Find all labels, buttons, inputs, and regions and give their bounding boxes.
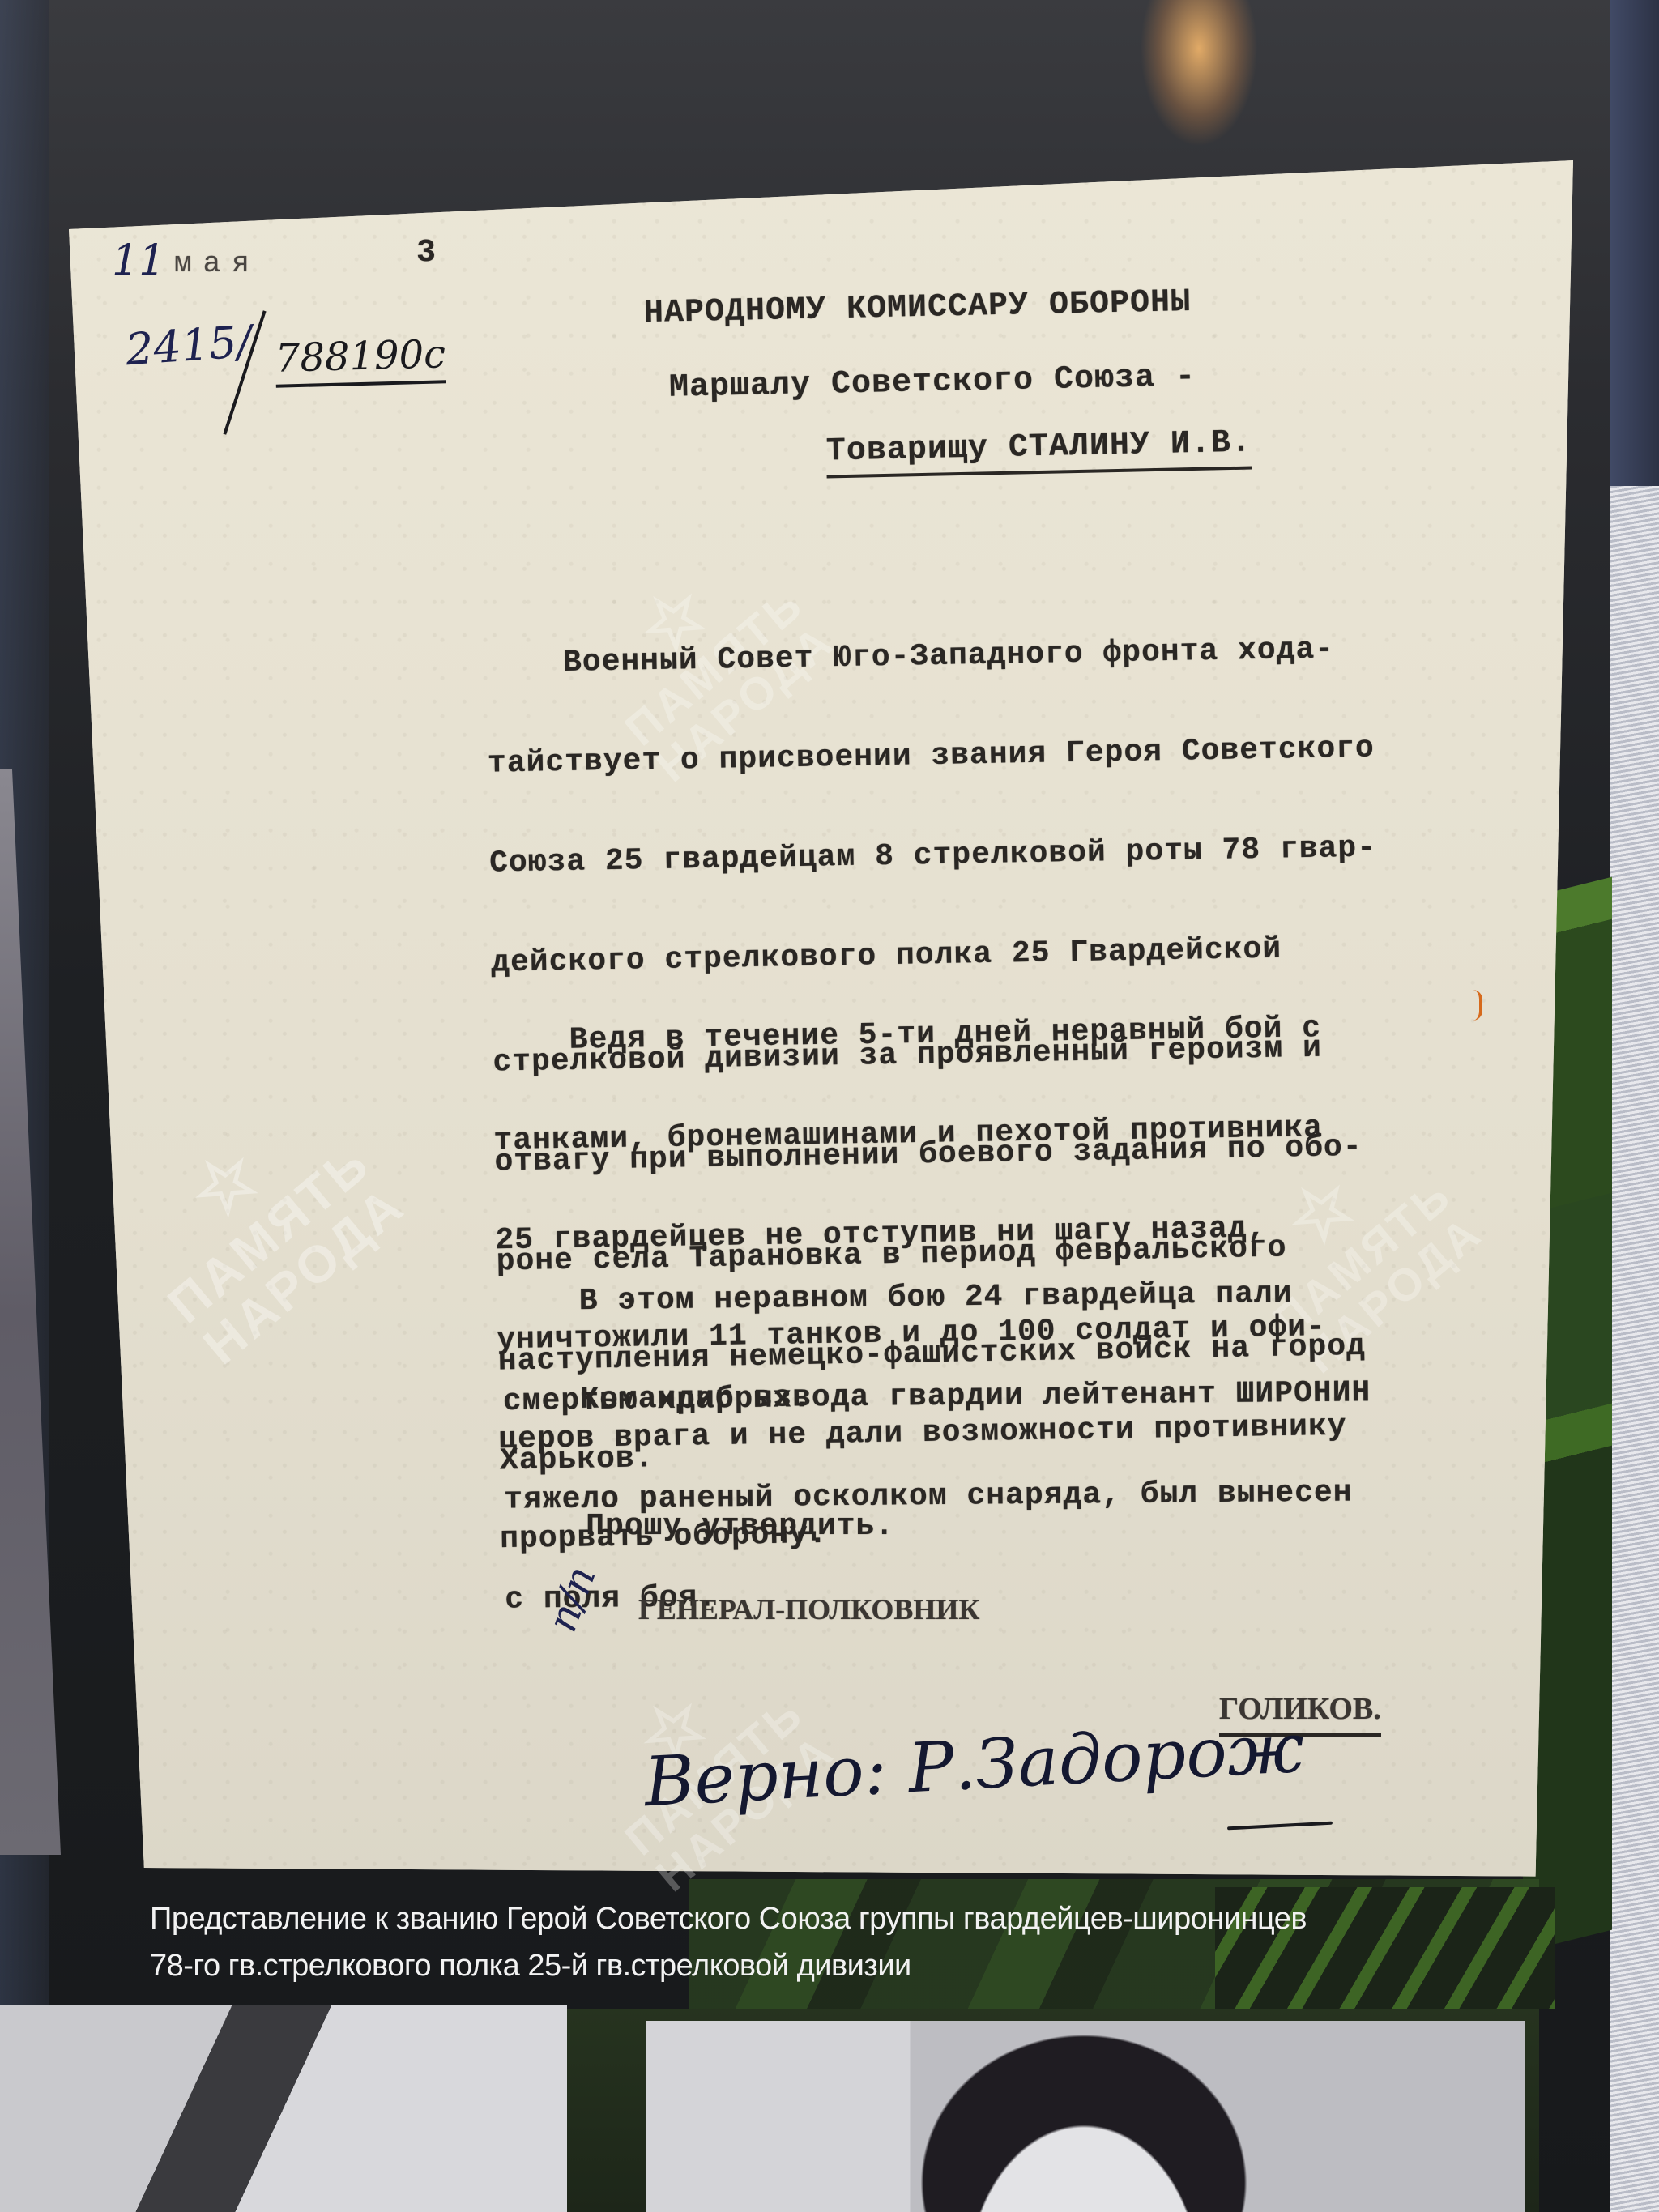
- text-line: тайствует о присвоении звания Героя Сове…: [488, 732, 1375, 781]
- body-paragraph-5: Прошу утвердить.: [509, 1443, 894, 1576]
- portrait-photo-left-partial: [0, 2005, 567, 2212]
- text-line: Прошу утвердить.: [509, 1510, 894, 1543]
- registration-number-handwritten: 2415/: [124, 316, 254, 376]
- text-line: Ведя в течение 5-ти дней неравный бой с: [492, 1012, 1341, 1058]
- addressee-line-3: Товарищу СТАЛИНУ И.В.: [825, 425, 1252, 479]
- text-line: Военный Совет Юго-Западного фронта хода-: [485, 633, 1373, 681]
- date-day-handwritten: 11: [112, 237, 165, 285]
- document-number-handwritten: 788190с: [275, 331, 446, 387]
- exhibit-caption: Представление к званию Герой Советского …: [150, 1895, 1543, 1989]
- text-line: Союза 25 гвардейцам 8 стрелковой роты 78…: [489, 831, 1377, 880]
- portrait-photo-right-partial: [646, 2021, 1525, 2212]
- caption-line-1: Представление к званию Герой Советского …: [150, 1895, 1543, 1942]
- date-month-typed: мая: [174, 247, 261, 280]
- signatory-rank: ГЕНЕРАЛ-ПОЛКОВНИК: [638, 1592, 980, 1626]
- orange-pencil-mark: [1473, 990, 1482, 1021]
- right-edge-panel-top: [1610, 0, 1659, 486]
- caption-line-2: 78-го гв.стрелкового полка 25-й гв.стрел…: [150, 1942, 1543, 1989]
- text-line: танками, бронемашинами и пехотой противн…: [493, 1111, 1342, 1157]
- date-year-typed: 3: [416, 235, 437, 271]
- text-line: Командир взвода гвардии лейтенант ШИРОНИ…: [503, 1376, 1371, 1417]
